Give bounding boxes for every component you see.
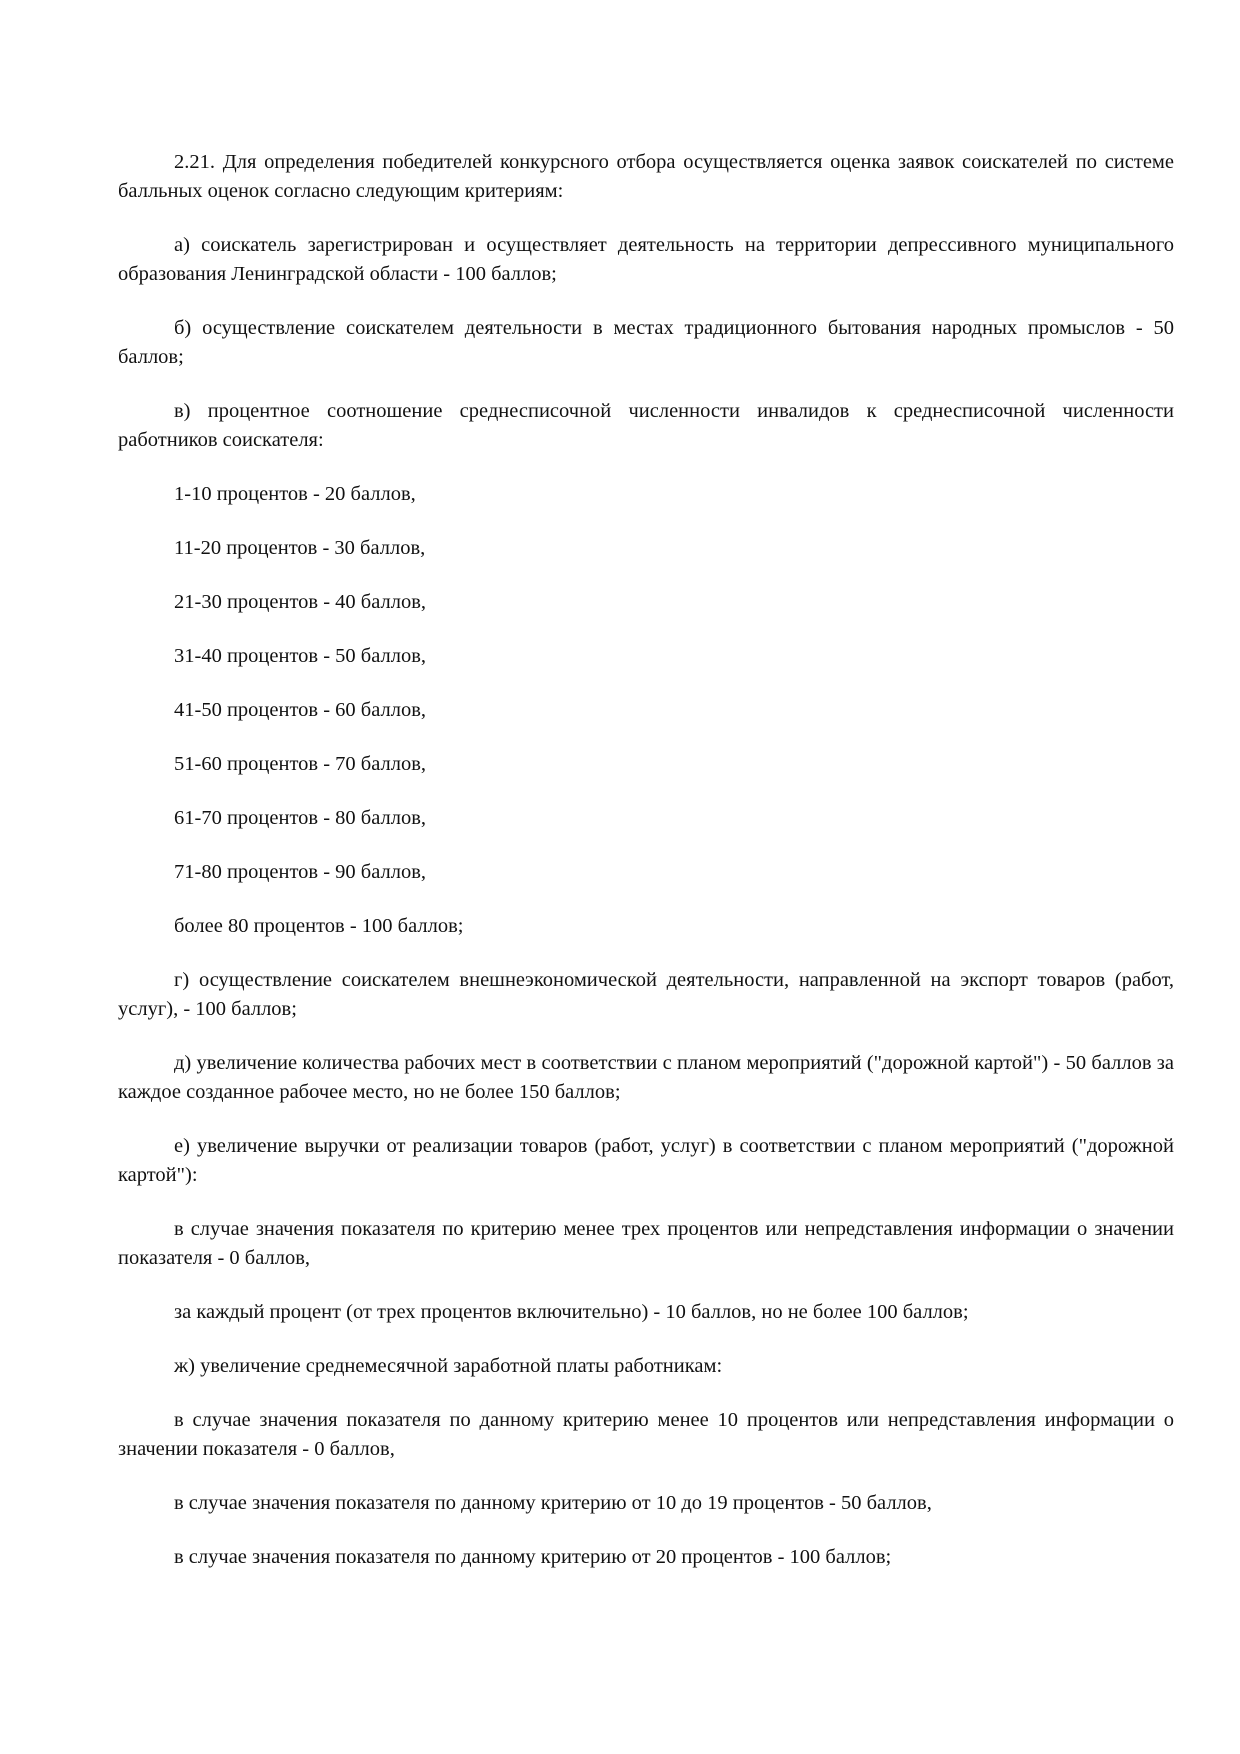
range-item: 41-50 процентов - 60 баллов,	[118, 696, 1174, 725]
criterion-d: д) увеличение количества рабочих мест в …	[118, 1049, 1174, 1107]
paragraph-2-21: 2.21. Для определения победителей конкур…	[118, 148, 1174, 206]
criterion-e-sub1: в случае значения показателя по критерию…	[118, 1215, 1174, 1273]
range-item: 21-30 процентов - 40 баллов,	[118, 588, 1174, 617]
range-item: более 80 процентов - 100 баллов;	[118, 912, 1174, 941]
document-page: 2.21. Для определения победителей конкур…	[118, 148, 1174, 1597]
range-item: 31-40 процентов - 50 баллов,	[118, 642, 1174, 671]
criterion-zh-sub3: в случае значения показателя по данному …	[118, 1543, 1174, 1572]
range-item: 71-80 процентов - 90 баллов,	[118, 858, 1174, 887]
criterion-e: е) увеличение выручки от реализации това…	[118, 1132, 1174, 1190]
criterion-a: а) соискатель зарегистрирован и осуществ…	[118, 231, 1174, 289]
range-item: 1-10 процентов - 20 баллов,	[118, 480, 1174, 509]
range-item: 61-70 процентов - 80 баллов,	[118, 804, 1174, 833]
range-item: 51-60 процентов - 70 баллов,	[118, 750, 1174, 779]
criterion-v: в) процентное соотношение среднесписочно…	[118, 397, 1174, 455]
criterion-g: г) осуществление соискателем внешнеэконо…	[118, 966, 1174, 1024]
criterion-zh: ж) увеличение среднемесячной заработной …	[118, 1352, 1174, 1381]
criterion-e-sub2: за каждый процент (от трех процентов вкл…	[118, 1298, 1174, 1327]
criterion-b: б) осуществление соискателем деятельност…	[118, 314, 1174, 372]
criterion-zh-sub1: в случае значения показателя по данному …	[118, 1406, 1174, 1464]
criterion-zh-sub2: в случае значения показателя по данному …	[118, 1489, 1174, 1518]
range-item: 11-20 процентов - 30 баллов,	[118, 534, 1174, 563]
